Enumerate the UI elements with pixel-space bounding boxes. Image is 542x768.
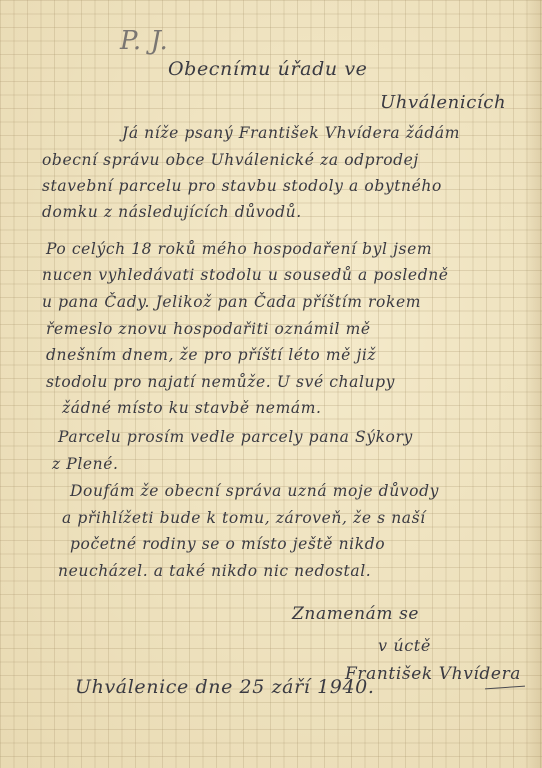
body-line: dnešním dnem, že pro příští léto mě již [46,346,376,364]
closing-line-1: Znamenám se [292,604,419,624]
body-line: Parcelu prosím vedle parcely pana Sýkory [58,428,413,446]
body-line: a přihlížeti bude k tomu, zároveň, že s … [62,509,426,527]
body-line: obecní správu obce Uhválenické za odprod… [42,151,419,169]
body-line: nucen vyhledávati stodolu u sousedů a po… [42,266,449,284]
body-line: z Plené. [52,455,119,473]
body-line: neucházel. a také nikdo nic nedostal. [58,562,371,580]
body-line: domku z následujících důvodů. [42,203,302,221]
body-line: stavební parcelu pro stavbu stodoly a ob… [42,177,442,195]
body-line: stodolu pro najatí nemůže. U své chalupy [46,373,395,391]
addressee-line-1: Obecnímu úřadu ve [168,58,368,80]
letter-page: P. J. Obecnímu úřadu ve Uhválenicích Já … [0,0,542,768]
signature-underline [485,686,525,690]
body-line: řemeslo znovu hospodařiti oznámil mě [46,320,371,338]
closing-line-2: v úctě [378,636,431,655]
body-line: Po celých 18 roků mého hospodaření byl j… [46,240,432,258]
addressee-line-2: Uhválenicích [380,92,506,113]
place-and-date: Uhválenice dne 25 září 1940. [75,676,375,698]
body-line: Já níže psaný František Vhvídera žádám [122,124,460,142]
page-edge-shadow [524,0,542,768]
body-line: u pana Čady. Jelikož pan Čada příštím ro… [42,293,421,311]
body-line: Doufám že obecní správa uzná moje důvody [70,482,439,500]
body-line: žádné místo ku stavbě nemám. [62,399,322,417]
reference-mark: P. J. [120,26,168,56]
body-line: početné rodiny se o místo ještě nikdo [70,535,385,553]
